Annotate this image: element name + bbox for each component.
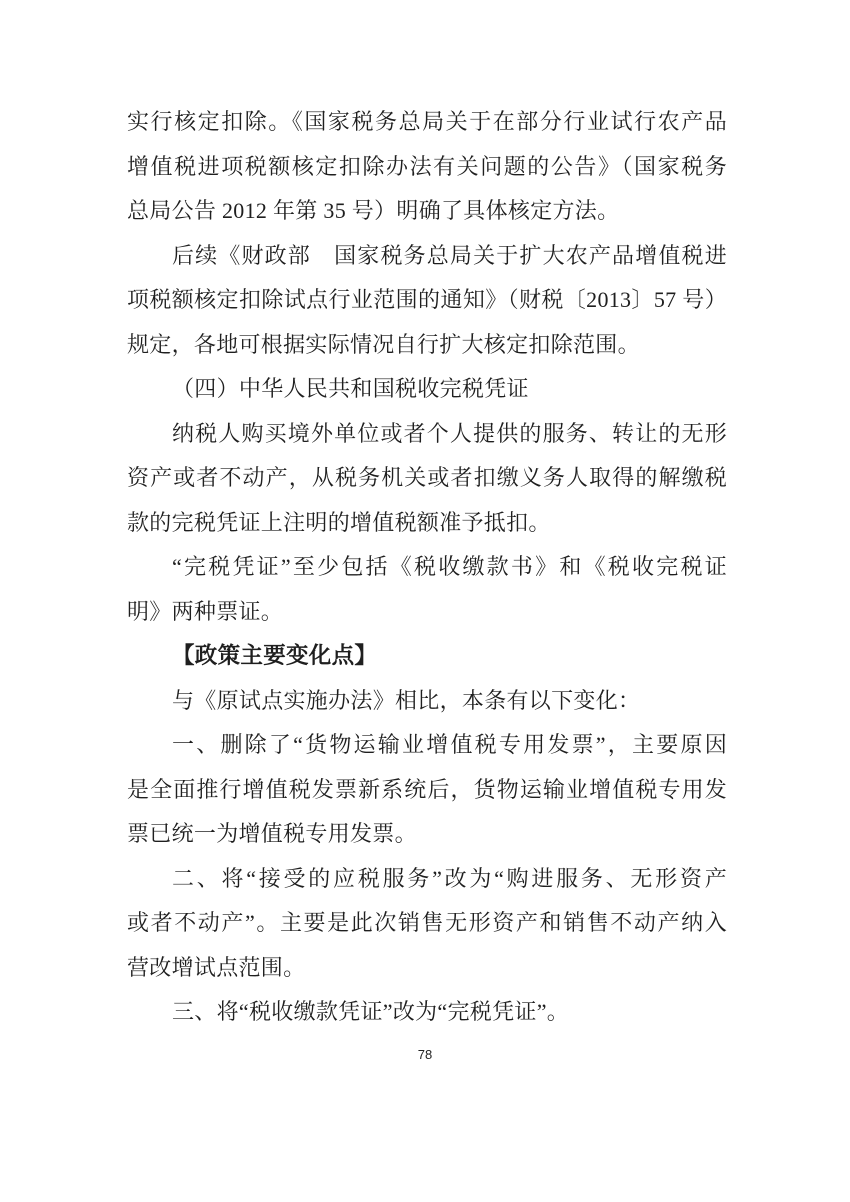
text-line: （四）中华人民共和国税收完税凭证 <box>127 367 727 412</box>
text-line: 与《原试点实施办法》相比，本条有以下变化： <box>127 679 727 724</box>
text-line: 项税额核定扣除试点行业范围的通知》（财税〔2013〕57 号） <box>127 278 727 323</box>
text-line: 后续《财政部 国家税务总局关于扩大农产品增值税进 <box>127 234 727 279</box>
text-line: 是全面推行增值税发票新系统后，货物运输业增值税专用发 <box>127 768 727 813</box>
page-number: 78 <box>0 1047 850 1062</box>
text-line: 营改增试点范围。 <box>127 946 727 991</box>
text-line: 或者不动产”。主要是此次销售无形资产和销售不动产纳入 <box>127 901 727 946</box>
document-page: 实行核定扣除。《国家税务总局关于在部分行业试行农产品增值税进项税额核定扣除办法有… <box>0 0 850 1202</box>
page-content: 实行核定扣除。《国家税务总局关于在部分行业试行农产品增值税进项税额核定扣除办法有… <box>127 100 727 1035</box>
text-line: 增值税进项税额核定扣除办法有关问题的公告》（国家税务 <box>127 145 727 190</box>
text-line: 三、将“税收缴款凭证”改为“完税凭证”。 <box>127 990 727 1035</box>
text-line: 【政策主要变化点】 <box>127 634 727 679</box>
text-line: 票已统一为增值税专用发票。 <box>127 812 727 857</box>
text-line: 一、删除了“货物运输业增值税专用发票”，主要原因 <box>127 723 727 768</box>
text-line: 规定，各地可根据实际情况自行扩大核定扣除范围。 <box>127 323 727 368</box>
text-line: 总局公告 2012 年第 35 号）明确了具体核定方法。 <box>127 189 727 234</box>
text-line: 资产或者不动产，从税务机关或者扣缴义务人取得的解缴税 <box>127 456 727 501</box>
text-line: 明》两种票证。 <box>127 590 727 635</box>
text-line: 二、将“接受的应税服务”改为“购进服务、无形资产 <box>127 857 727 902</box>
text-line: 款的完税凭证上注明的增值税额准予抵扣。 <box>127 501 727 546</box>
text-line: “完税凭证”至少包括《税收缴款书》和《税收完税证 <box>127 545 727 590</box>
text-line: 实行核定扣除。《国家税务总局关于在部分行业试行农产品 <box>127 100 727 145</box>
text-line: 纳税人购买境外单位或者个人提供的服务、转让的无形 <box>127 412 727 457</box>
